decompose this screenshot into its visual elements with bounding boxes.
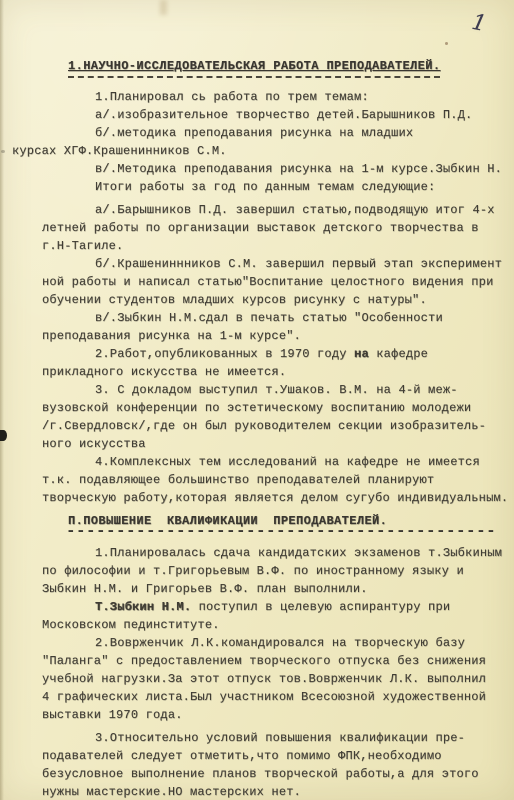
- handwritten-page-number: 1: [470, 10, 489, 37]
- text-line: /г.Свердловск/,где он был руководителем …: [42, 417, 508, 435]
- text-line: Т.Зыбкин Н.М. поступил в целевую аспиран…: [42, 598, 508, 616]
- text-line: по философии и т.Григорьевым В.Ф. по ино…: [42, 562, 508, 580]
- text-line: 3.Относительно условий повышения квалифи…: [42, 729, 508, 747]
- text-line: безусловное выполнение планов творческой…: [42, 765, 508, 783]
- text-line: т.к. подавляющее большинство преподавате…: [42, 471, 508, 489]
- text-line: подавателей следует отметить,что помимо …: [42, 747, 508, 765]
- text-line: в/.Зыбкин Н.М.сдал в печать статью "Особ…: [42, 309, 508, 327]
- text-line: летней работы по организации выставок де…: [42, 219, 508, 237]
- text-line: в/.Методика преподавания рисунка на 1-м …: [42, 160, 508, 178]
- text-line: 4 графических листа.Был участником Всесо…: [42, 688, 508, 706]
- text-line: а/.Барышников П.Д. завершил статью,подво…: [42, 201, 508, 219]
- heading-underline-dashes: ----------------------------------------…: [66, 526, 508, 536]
- text-line: Итоги работы за год по данным темам след…: [42, 178, 508, 196]
- text-line: 3. С докладом выступил т.Ушаков. В.М. на…: [42, 381, 508, 399]
- paper-speck: [1, 150, 5, 153]
- text-line: нужны мастерские.НО мастерских нет.: [42, 783, 508, 800]
- text-line: г.Н-Тагиле.: [42, 237, 508, 255]
- text-line: 4.Комплексных тем исследований на кафедр…: [42, 453, 508, 471]
- paper-smudge: [160, 0, 167, 15]
- text-line: 2.Работ,опубликованных в 1970 году на ка…: [42, 345, 508, 363]
- text-line: вузовской конференции по эстетическому в…: [42, 399, 508, 417]
- text-line: 2.Воврженчик Л.К.командировался на творч…: [42, 634, 508, 652]
- scanned-document-page: 1 1.НАУЧНО-ИССЛЕДОВАТЕЛЬСКАЯ РАБОТА ПРЕП…: [0, 0, 514, 800]
- text-line: ной работы и написал статью"Воспитание ц…: [42, 273, 508, 291]
- text-line: б/.Крашениннников С.М. завершил первый э…: [42, 255, 508, 273]
- text-line: 1.Планировалась сдача кандидатских экзам…: [42, 544, 508, 562]
- document-body: 1.НАУЧНО-ИССЛЕДОВАТЕЛЬСКАЯ РАБОТА ПРЕПОД…: [42, 56, 508, 800]
- paper-speck: [445, 42, 448, 45]
- text-line: курсах ХГФ.Крашенинников С.М.: [12, 142, 508, 160]
- text-line: преподавания рисунка на 1-м курсе".: [42, 327, 508, 345]
- text-line: выставки 1970 года.: [42, 706, 508, 724]
- text-line: прикладного искусства не имеется.: [42, 363, 508, 381]
- text-line: 1.Планировал сь работа по трем темам:: [42, 88, 508, 106]
- scan-edge-shadow: [0, 0, 4, 800]
- text-line: б/.методика преподавания рисунка на млад…: [42, 124, 508, 142]
- text-line: творческую работу,которая является делом…: [42, 489, 508, 507]
- text-line: Зыбкин Н.М. и Григорьев В.Ф. план выполн…: [42, 580, 508, 598]
- text-line: а/.изобразительное творчество детей.Бары…: [42, 106, 508, 124]
- section-heading-row: 1.НАУЧНО-ИССЛЕДОВАТЕЛЬСКАЯ РАБОТА ПРЕПОД…: [68, 56, 508, 78]
- text-line: "Паланга" с предоставлением творческого …: [42, 652, 508, 670]
- document-section: 1.НАУЧНО-ИССЛЕДОВАТЕЛЬСКАЯ РАБОТА ПРЕПОД…: [42, 56, 508, 507]
- section-heading: 1.НАУЧНО-ИССЛЕДОВАТЕЛЬСКАЯ РАБОТА ПРЕПОД…: [68, 57, 440, 78]
- text-line: обучении студентов младших курсов рисунк…: [42, 291, 508, 309]
- text-line: Московском пединституте.: [42, 616, 508, 634]
- text-line: учебной нагрузки.За этот отпуск тов.Вовр…: [42, 670, 508, 688]
- ink-blot-artifact: [0, 430, 7, 441]
- text-line: ного искусства: [42, 435, 508, 453]
- document-section: П.ПОВЫШЕНИЕ КВАЛИФИКАЦИИ ПРЕПОДАВАТЕЛЕЙ.…: [42, 511, 508, 800]
